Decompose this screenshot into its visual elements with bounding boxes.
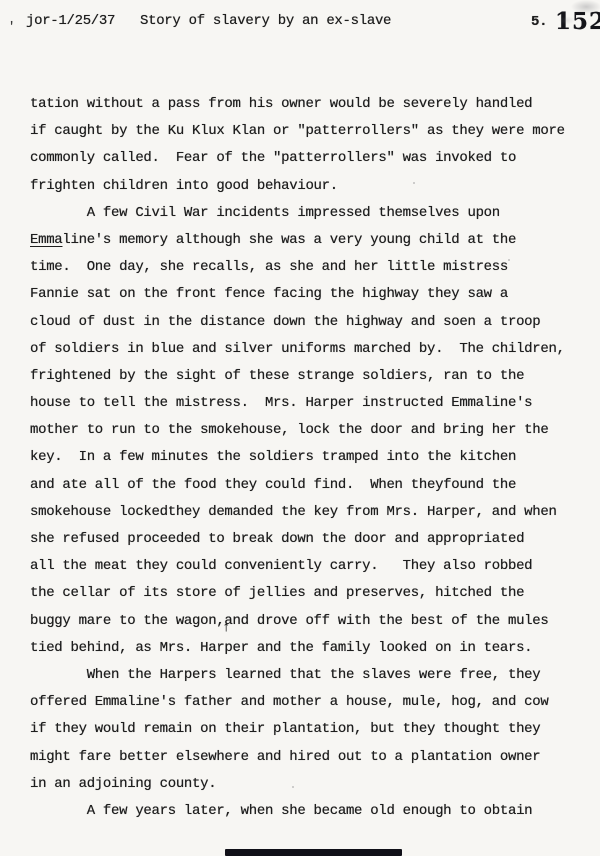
body-line: and ate all of the food they could find.… <box>30 472 586 499</box>
scan-artifact-bar <box>225 849 402 856</box>
body-line: frightened by the sight of these strange… <box>30 363 586 390</box>
body-line: time. One day, she recalls, as she and h… <box>30 254 586 281</box>
body-line: house to tell the mistress. Mrs. Harper … <box>30 390 586 417</box>
body-line: frighten children into good behaviour. <box>30 173 586 200</box>
body-line: A few Civil War incidents impressed them… <box>30 200 586 227</box>
body-line: the cellar of its store of jellies and p… <box>30 580 586 607</box>
body-line: all the meat they could conveniently car… <box>30 553 586 580</box>
scan-speck <box>508 259 510 261</box>
body-line: cloud of dust in the distance down the h… <box>30 309 586 336</box>
body-line: of soldiers in blue and silver uniforms … <box>30 336 586 363</box>
scanned-document-page: ' jor-1/25/37 Story of slavery by an ex-… <box>0 0 600 856</box>
body-line: tation without a pass from his owner wou… <box>30 91 586 118</box>
body-line: might fare better elsewhere and hired ou… <box>30 744 586 771</box>
body-line: When the Harpers learned that the slaves… <box>30 662 586 689</box>
scan-speck <box>292 786 294 788</box>
body-line: Fannie sat on the front fence facing the… <box>30 281 586 308</box>
body-line: if caught by the Ku Klux Klan or "patter… <box>30 118 586 145</box>
body-line: mother to run to the smokehouse, lock th… <box>30 417 586 444</box>
body-line: offered Emmaline's father and mother a h… <box>30 689 586 716</box>
scan-speck <box>413 182 415 184</box>
document-title: Story of slavery by an ex-slave <box>140 13 391 29</box>
body-line: in an adjoining county. <box>30 771 586 798</box>
body-line: she refused proceeded to break down the … <box>30 526 586 553</box>
page-header: ' jor-1/25/37 Story of slavery by an ex-… <box>0 12 600 42</box>
body-line: A few years later, when she became old e… <box>30 798 586 825</box>
insertion-caret-mark: ↑ <box>222 620 230 636</box>
body-line: commonly called. Fear of the "patterroll… <box>30 145 586 172</box>
body-line: key. In a few minutes the soldiers tramp… <box>30 444 586 471</box>
stray-tick-mark: ' <box>8 20 15 34</box>
document-body: tation without a pass from his owner wou… <box>30 91 586 825</box>
body-line: tied behind, as Mrs. Harper and the fami… <box>30 635 586 662</box>
body-line: smokehouse lockedthey demanded the key f… <box>30 499 586 526</box>
body-line: buggy mare to the wagon,and drove off wi… <box>30 608 586 635</box>
typed-page-number: 5. <box>531 14 547 30</box>
body-line: if they would remain on their plantation… <box>30 716 586 743</box>
stamped-page-number: 152 <box>555 8 600 35</box>
body-line: Emmaline's memory although she was a ver… <box>30 227 586 254</box>
document-id: jor-1/25/37 <box>26 13 115 29</box>
